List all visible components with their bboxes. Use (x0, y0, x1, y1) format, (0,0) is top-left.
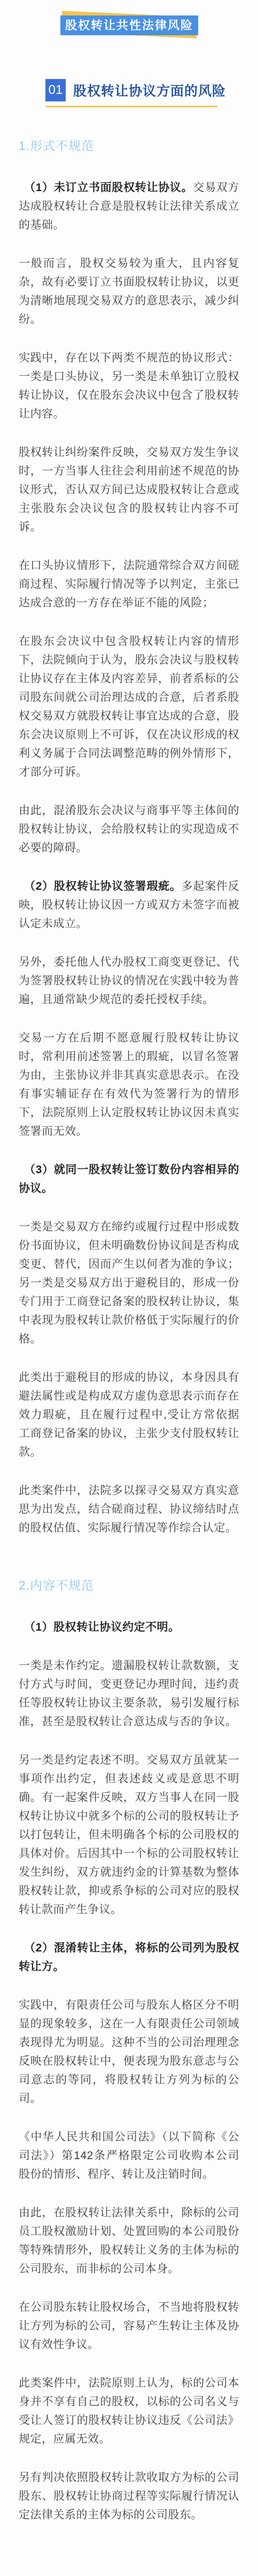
paragraph: 在公司股东转让股权场合，不当地将股权转让方列为标的公司，容易产生转让主体及协议有… (19, 2298, 239, 2354)
paragraph: （3）就同一股权转让签订数份内容相异的协议。 (19, 1160, 239, 1198)
article-body: 1.形式不规范（1）未订立书面股权转让协议。交易双方达成股权转让合意是股权转让法… (19, 136, 239, 2524)
paragraph: 由此，在股权转让法律关系中，除标的公司员工股权激励计划、处置回购的本公司股份等特… (19, 2203, 239, 2278)
paragraph: 《中华人民共和国公司法》（以下简称《公司法》）第142条严格限定公司收购本公司股… (19, 2128, 239, 2184)
paragraph: 实践中，有限责任公司与股东人格区分不明显的现象较多，这在一人有限责任公司领域表现… (19, 1996, 239, 2108)
paragraph-lead-bold: （2）混淆转让主体，将标的公司列为股权转让方。 (19, 1942, 239, 1973)
banner-title: 股权转让共性法律风险 (60, 15, 198, 35)
paragraph: 实践中，存在以下两类不规范的协议形式：一类是口头协议，另一类是未单独订立股权转让… (19, 349, 239, 423)
section-header: 01 股权转让协议方面的风险 (45, 79, 217, 107)
paragraph: （2）股权转让协议签署瑕疵。多起案件反映，股权转让协议因一方或双方未签字而被认定… (19, 877, 239, 933)
paragraph: 此类案件中，法院原则上认为，标的公司本身并不享有自己的股权，以标的公司名义与受让… (19, 2374, 239, 2448)
paragraph: 另一类是约定表述不明。交易双方虽就某一事项作出约定，但表述歧义或是意思不明确。有… (19, 1751, 239, 1919)
section-title: 股权转让协议方面的风险 (73, 81, 226, 100)
paragraph: 一类是交易双方在缔约或履行过程中形成数份书面协议，但未明确数份协议间是否构成变更… (19, 1218, 239, 1348)
paragraph: 在口头协议情形下，法院通常综合双方间磋商过程、实际履行情况等予以判定，主张已达成… (19, 556, 239, 612)
paragraph: 一类是未作约定。遗漏股权转让款数额，支付方式与时间，变更登记办理时间，违约责任等… (19, 1656, 239, 1731)
subsection-heading: 1.形式不规范 (19, 136, 239, 154)
paragraph: （1）股权转让协议约定不明。 (19, 1618, 239, 1637)
paragraph: 交易一方在后期不愿意履行股权转让协议时，常利用前述签署上的瑕疵，以冒名签署为由，… (19, 1029, 239, 1141)
section-number-badge: 01 (45, 79, 66, 101)
paragraph: 另外，委托他人代办股权工商变更登记、代为签署股权转让协议的情况在实践中较为普遍，… (19, 953, 239, 1009)
paragraph-lead-bold: （1）未订立书面股权转让协议。 (24, 181, 193, 194)
paragraph: 另有判决依照股权转让款收取方为标的公司股东、股权转让协商过程等实际履行情况认定法… (19, 2468, 239, 2524)
paragraph: （1）未订立书面股权转让协议。交易双方达成股权转让合意是股权转让法律关系成立的基… (19, 178, 239, 234)
paragraph-lead-bold: （1）股权转让协议约定不明。 (24, 1621, 180, 1633)
paragraph: 在股东会决议中包含股权转让内容的情形下，法院倾向于认为，股东会决议与股权转让协议… (19, 632, 239, 781)
paragraph: （2）混淆转让主体，将标的公司列为股权转让方。 (19, 1939, 239, 1976)
article-banner: 股权转让共性法律风险 (60, 14, 198, 35)
paragraph: 由此，混淆股东会决议与商事平等主体间的股权转让协议，会给股权转让的实现造成不必要… (19, 801, 239, 857)
subsection-heading: 2.内容不规范 (19, 1576, 239, 1593)
article-page: 股权转让共性法律风险 01 股权转让协议方面的风险 1.形式不规范（1）未订立书… (0, 0, 258, 2576)
paragraph: 一般而言，股权交易较为重大，且内容复杂，故有必要订立书面股权转让协议，以更为清晰… (19, 254, 239, 329)
paragraph-lead-bold: （2）股权转让协议签署瑕疵。 (24, 880, 182, 892)
paragraph: 股权转让纠纷案件反映，交易双方发生争议时，一方当事人往往会利用前述不规范的协议形… (19, 443, 239, 536)
paragraph-lead-bold: （3）就同一股权转让签订数份内容相异的协议。 (19, 1164, 239, 1195)
paragraph: 此类出于避税目的形成的协议，本身因具有避法属性或是构成双方虚伪意思表示而存在效力… (19, 1368, 239, 1461)
paragraph: 此类案件中，法院多以探寻交易双方真实意思为出发点，结合磋商过程、协议缔结时点的股… (19, 1481, 239, 1537)
